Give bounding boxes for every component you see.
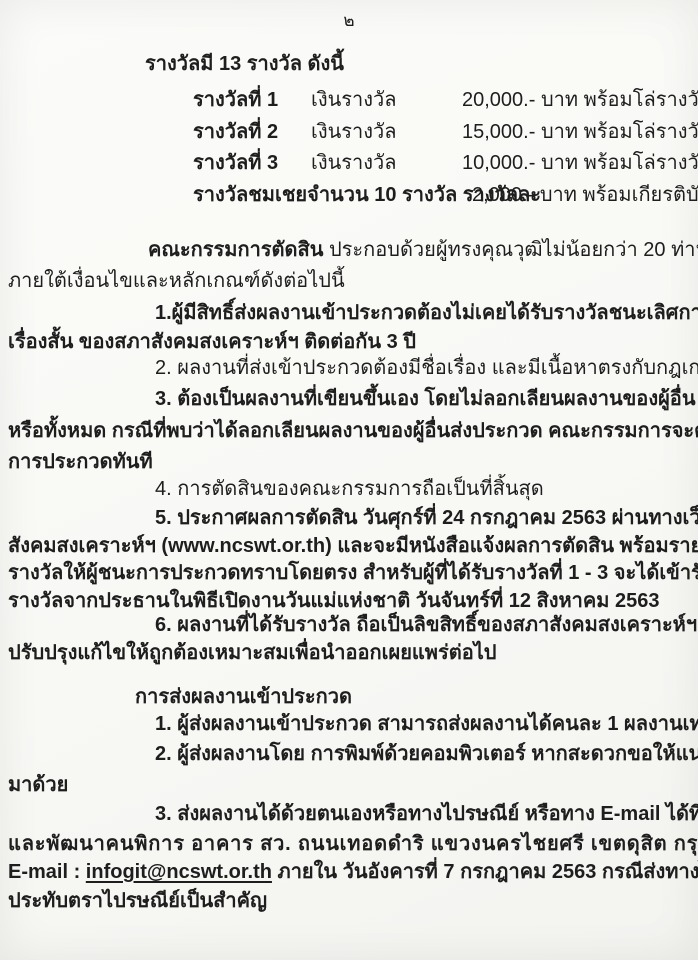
- email-deadline-text: ภายใน วันอังคารที่ 7 กรกฎาคม 2563 กรณีส่…: [272, 861, 698, 883]
- submission-email-line: E-mail : infogit@ncswt.or.th ภายใน วันอั…: [8, 860, 698, 885]
- prize-label: รางวัลที่ 1: [193, 88, 278, 113]
- criteria-item-5-line-4: รางวัลจากประธานในพิธีเปิดงานวันแม่แห่งชา…: [8, 589, 660, 614]
- prize-type: เงินรางวัล: [311, 88, 397, 113]
- criteria-item-5-line-1: 5. ประกาศผลการตัดสิน วันศุกร์ที่ 24 กรกฎ…: [155, 506, 698, 531]
- submission-item-1: 1. ผู้ส่งผลงานเข้าประกวด สามารถส่งผลงานไ…: [155, 712, 698, 737]
- prize-amount: 10,000.- บาท พร้อมโล่รางวัล: [462, 151, 698, 176]
- submission-item-2-line-1: 2. ผู้ส่งผลงานโดย การพิมพ์ด้วยคอมพิวเตอร…: [155, 742, 698, 767]
- submission-item-3-line-4: ประทับตราไปรษณีย์เป็นสำคัญ: [8, 889, 267, 914]
- email-address-link[interactable]: infogit@ncswt.or.th: [86, 861, 272, 883]
- submission-heading: การส่งผลงานเข้าประกวด: [135, 685, 352, 710]
- submission-address-line: และพัฒนาคนพิการ อาคาร สว. ถนนเทอดดำริ แข…: [8, 832, 698, 857]
- email-label: E-mail :: [8, 861, 86, 883]
- prize-type: เงินรางวัล: [311, 120, 397, 145]
- criteria-item-5-line-3: รางวัลให้ผู้ชนะการประกวดทราบโดยตรง สำหรั…: [8, 561, 698, 586]
- prize-amount: 20,000.- บาท พร้อมโล่รางวัล: [462, 88, 698, 113]
- document-page: ๒ รางวัลมี 13 รางวัล ดังนี้ รางวัลที่ 1 …: [0, 0, 698, 960]
- criteria-item-3-line-1: 3. ต้องเป็นผลงานที่เขียนขึ้นเอง โดยไม่ลอ…: [155, 387, 698, 412]
- prizes-heading: รางวัลมี 13 รางวัล ดังนี้: [145, 52, 344, 77]
- criteria-item-6-line-1: 6. ผลงานที่ได้รับรางวัล ถือเป็นลิขสิทธิ์…: [155, 613, 698, 638]
- prize-amount: 15,000.- บาท พร้อมโล่รางวัล: [462, 120, 698, 145]
- criteria-item-3-line-2: หรือทั้งหมด กรณีที่พบว่าได้ลอกเลียนผลงาน…: [8, 419, 698, 444]
- prize-label: รางวัลที่ 2: [193, 120, 278, 145]
- criteria-item-1-line-2: เรื่องสั้น ของสภาสังคมสงเคราะห์ฯ ติดต่อก…: [8, 330, 416, 355]
- criteria-item-2: 2. ผลงานที่ส่งเข้าประกวดต้องมีชื่อเรื่อง…: [155, 356, 698, 381]
- criteria-item-6-line-2: ปรับปรุงแก้ไขให้ถูกต้องเหมาะสมเพื่อนำออก…: [8, 641, 496, 666]
- page-number: ๒: [0, 10, 698, 31]
- prize-amount: 2,000.- บาท พร้อมเกียรติบัตร: [472, 183, 698, 208]
- submission-item-3-line-1: 3. ส่งผลงานได้ด้วยตนเองหรือทางไปรษณีย์ ห…: [155, 802, 698, 827]
- criteria-item-1-line-1: 1.ผู้มีสิทธิ์ส่งผลงานเข้าประกวดต้องไม่เค…: [155, 301, 698, 326]
- judging-intro-line: คณะกรรมการตัดสิน ประกอบด้วยผู้ทรงคุณวุฒิ…: [148, 238, 698, 263]
- criteria-item-3-line-3: การประกวดทันที: [8, 450, 153, 475]
- submission-item-2-line-2: มาด้วย: [8, 773, 68, 798]
- judging-intro-rest: ประกอบด้วยผู้ทรงคุณวุฒิไม่น้อยกว่า 20 ท่…: [323, 239, 698, 261]
- judging-intro-lead: คณะกรรมการตัดสิน: [148, 239, 323, 261]
- judging-intro-cont: ภายใต้เงื่อนไขและหลักเกณฑ์ดังต่อไปนี้: [8, 269, 345, 294]
- criteria-item-4: 4. การตัดสินของคณะกรรมการถือเป็นที่สิ้นส…: [155, 477, 544, 502]
- prize-type: เงินรางวัล: [311, 151, 397, 176]
- criteria-item-5-line-2: สังคมสงเคราะห์ฯ (www.ncswt.or.th) และจะม…: [8, 534, 698, 559]
- prize-label: รางวัลที่ 3: [193, 151, 278, 176]
